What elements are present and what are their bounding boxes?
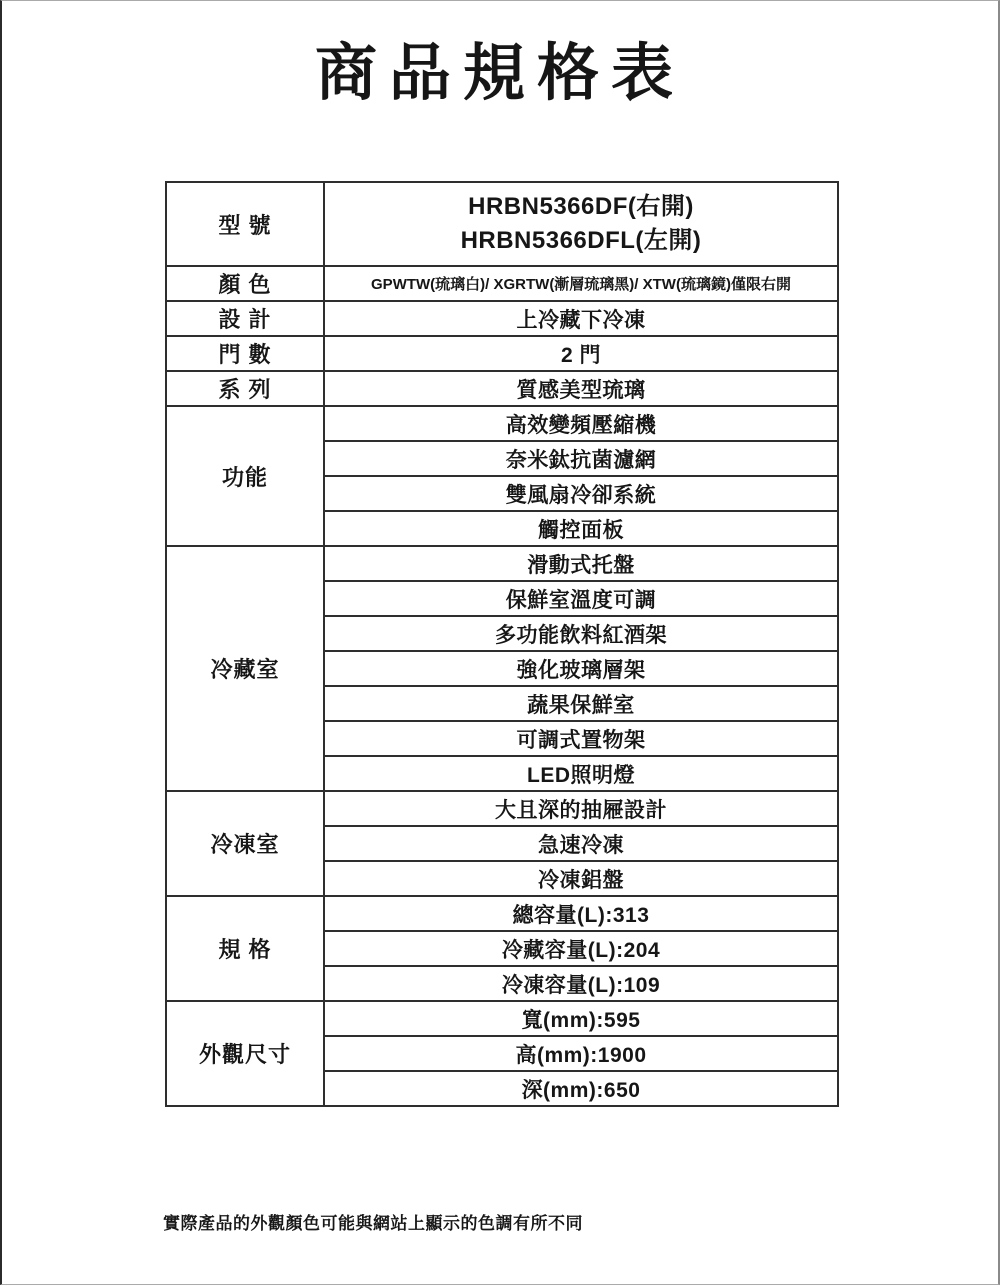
page-title: 商品規格表 xyxy=(2,23,998,112)
table-row: 冷藏室滑動式托盤 xyxy=(166,546,838,581)
spec-label: 外觀尺寸 xyxy=(166,1001,324,1106)
spec-label: 門 數 xyxy=(166,336,324,371)
spec-value-line: 2 門 xyxy=(329,339,833,369)
spec-value-line: 高效變頻壓縮機 xyxy=(329,409,833,439)
table-row: 系 列質感美型琉璃 xyxy=(166,371,838,406)
spec-value-line: LED照明燈 xyxy=(329,759,833,789)
spec-value: HRBN5366DF(右開)HRBN5366DFL(左開) xyxy=(324,182,838,266)
spec-value: 冷凍容量(L):109 xyxy=(324,966,838,1001)
spec-value-line: 冷藏容量(L):204 xyxy=(329,934,833,964)
spec-label: 冷凍室 xyxy=(166,791,324,896)
spec-value: 質感美型琉璃 xyxy=(324,371,838,406)
spec-value-line: 高(mm):1900 xyxy=(329,1039,833,1069)
spec-label: 冷藏室 xyxy=(166,546,324,791)
spec-value-line: 雙風扇冷卻系統 xyxy=(329,479,833,509)
spec-value: 高(mm):1900 xyxy=(324,1036,838,1071)
spec-value: 蔬果保鮮室 xyxy=(324,686,838,721)
spec-value-line: 強化玻璃層架 xyxy=(329,654,833,684)
spec-value-line: HRBN5366DFL(左開) xyxy=(329,224,833,258)
spec-value: 多功能飲料紅酒架 xyxy=(324,616,838,651)
spec-value-line: 可調式置物架 xyxy=(329,724,833,754)
footer-disclaimer: 實際產品的外觀顏色可能與網站上顯示的色調有所不同 xyxy=(163,1209,583,1234)
spec-value-line: 蔬果保鮮室 xyxy=(329,689,833,719)
spec-value: 寬(mm):595 xyxy=(324,1001,838,1036)
spec-value-line: 質感美型琉璃 xyxy=(329,374,833,404)
spec-table-body: 型 號HRBN5366DF(右開)HRBN5366DFL(左開)顏 色GPWTW… xyxy=(166,182,838,1106)
spec-value: LED照明燈 xyxy=(324,756,838,791)
spec-value: 總容量(L):313 xyxy=(324,896,838,931)
spec-value-line: 大且深的抽屜設計 xyxy=(329,794,833,824)
spec-label: 系 列 xyxy=(166,371,324,406)
spec-value-line: 保鮮室溫度可調 xyxy=(329,584,833,614)
spec-value: 觸控面板 xyxy=(324,511,838,546)
spec-label: 顏 色 xyxy=(166,266,324,301)
spec-value: GPWTW(琉璃白)/ XGRTW(漸層琉璃黑)/ XTW(琉璃鏡)僅限右開 xyxy=(324,266,838,301)
table-row: 型 號HRBN5366DF(右開)HRBN5366DFL(左開) xyxy=(166,182,838,266)
spec-value-line: 多功能飲料紅酒架 xyxy=(329,619,833,649)
table-row: 顏 色GPWTW(琉璃白)/ XGRTW(漸層琉璃黑)/ XTW(琉璃鏡)僅限右… xyxy=(166,266,838,301)
spec-value-line: 寬(mm):595 xyxy=(329,1004,833,1034)
table-row: 功能高效變頻壓縮機 xyxy=(166,406,838,441)
spec-value: 上冷藏下冷凍 xyxy=(324,301,838,336)
spec-value-line: 冷凍鋁盤 xyxy=(329,864,833,894)
spec-value-line: 冷凍容量(L):109 xyxy=(329,969,833,999)
spec-value: 可調式置物架 xyxy=(324,721,838,756)
spec-value: 冷藏容量(L):204 xyxy=(324,931,838,966)
spec-value: 高效變頻壓縮機 xyxy=(324,406,838,441)
table-row: 規 格總容量(L):313 xyxy=(166,896,838,931)
spec-value: 滑動式托盤 xyxy=(324,546,838,581)
table-row: 外觀尺寸寬(mm):595 xyxy=(166,1001,838,1036)
spec-value-line: 上冷藏下冷凍 xyxy=(329,304,833,334)
spec-value: 強化玻璃層架 xyxy=(324,651,838,686)
spec-value: 深(mm):650 xyxy=(324,1071,838,1106)
table-row: 設 計上冷藏下冷凍 xyxy=(166,301,838,336)
table-row: 冷凍室大且深的抽屜設計 xyxy=(166,791,838,826)
table-row: 門 數2 門 xyxy=(166,336,838,371)
spec-value-line: 觸控面板 xyxy=(329,514,833,544)
spec-value-line: 滑動式托盤 xyxy=(329,549,833,579)
spec-value: 急速冷凍 xyxy=(324,826,838,861)
spec-value: 2 門 xyxy=(324,336,838,371)
spec-sheet-page: 商品規格表 型 號HRBN5366DF(右開)HRBN5366DFL(左開)顏 … xyxy=(0,0,1000,1285)
spec-value: 雙風扇冷卻系統 xyxy=(324,476,838,511)
spec-value-line: 急速冷凍 xyxy=(329,829,833,859)
spec-label: 規 格 xyxy=(166,896,324,1001)
spec-label: 功能 xyxy=(166,406,324,546)
spec-value-line: HRBN5366DF(右開) xyxy=(329,190,833,224)
spec-label: 型 號 xyxy=(166,182,324,266)
spec-value-line: 總容量(L):313 xyxy=(329,899,833,929)
spec-value: 大且深的抽屜設計 xyxy=(324,791,838,826)
spec-label: 設 計 xyxy=(166,301,324,336)
spec-value: 冷凍鋁盤 xyxy=(324,861,838,896)
spec-value-line: 奈米鈦抗菌濾網 xyxy=(329,444,833,474)
spec-value-line: GPWTW(琉璃白)/ XGRTW(漸層琉璃黑)/ XTW(琉璃鏡)僅限右開 xyxy=(329,273,833,294)
spec-value: 奈米鈦抗菌濾網 xyxy=(324,441,838,476)
spec-value: 保鮮室溫度可調 xyxy=(324,581,838,616)
spec-value-line: 深(mm):650 xyxy=(329,1074,833,1104)
spec-table: 型 號HRBN5366DF(右開)HRBN5366DFL(左開)顏 色GPWTW… xyxy=(165,181,839,1107)
